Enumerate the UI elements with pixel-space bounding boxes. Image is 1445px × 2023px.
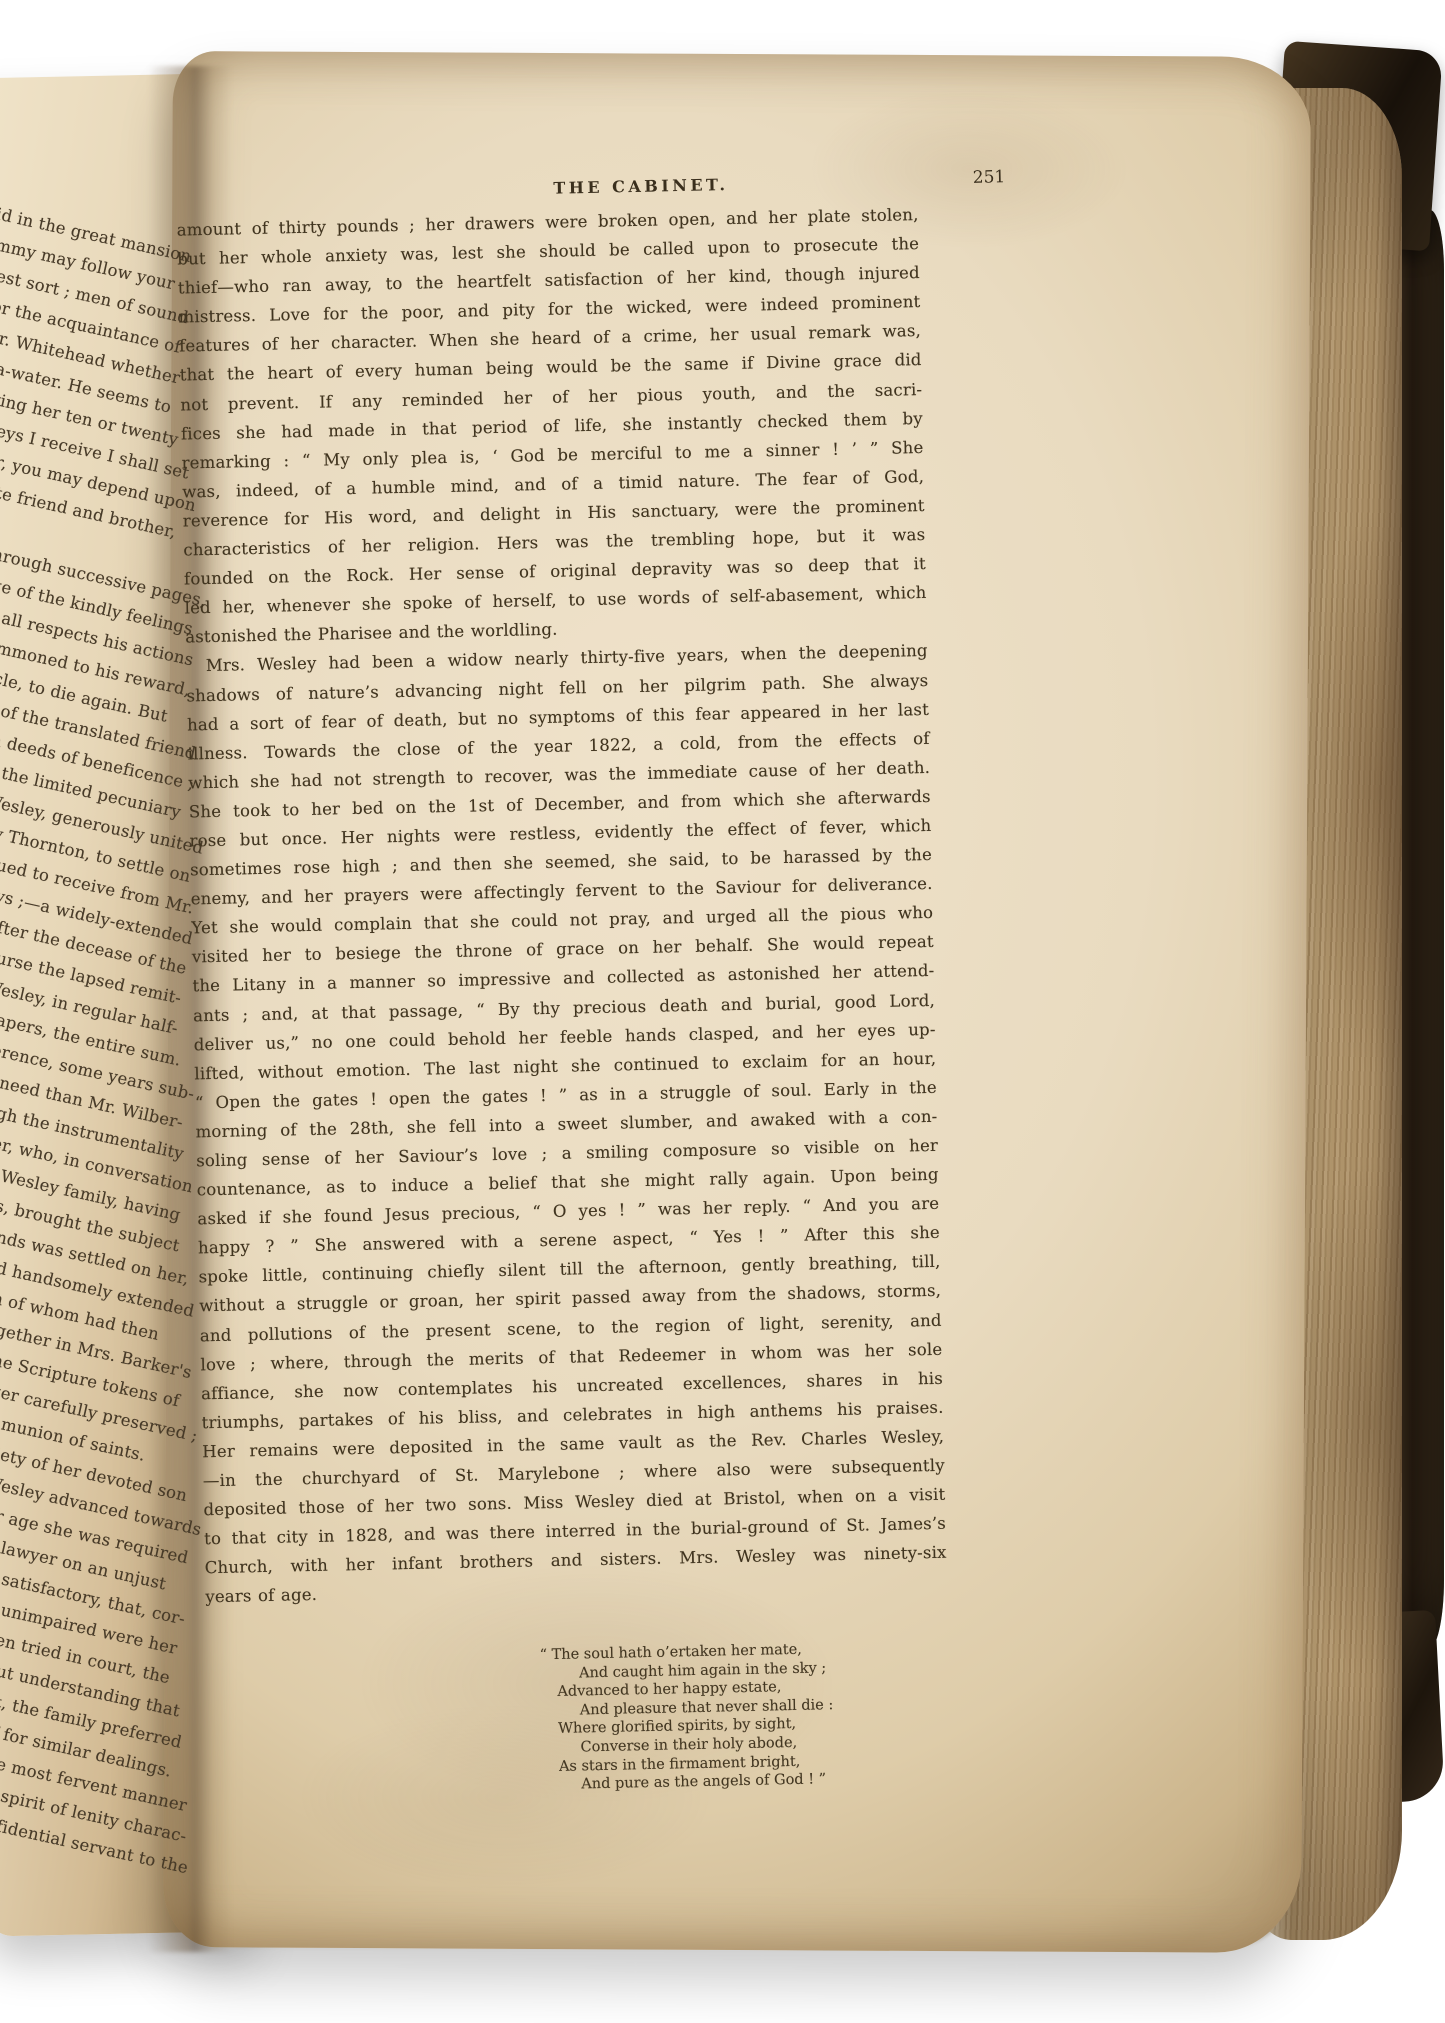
- book-photo: did in the great mansionammy may follow …: [0, 0, 1445, 2023]
- poem: “ The soul hath o’ertaken her mate,And c…: [539, 1639, 902, 1795]
- right-page-content: THE CABINET. 251 amount of thirty pounds…: [148, 42, 1325, 1961]
- body-text: amount of thirty pounds ; her drawers we…: [176, 200, 947, 1612]
- page-number: 251: [973, 167, 1006, 188]
- paragraph: amount of thirty pounds ; her drawers we…: [176, 200, 927, 652]
- paragraph: Mrs. Wesley had been a widow nearly thir…: [186, 636, 948, 1611]
- running-header-title: THE CABINET.: [553, 175, 729, 198]
